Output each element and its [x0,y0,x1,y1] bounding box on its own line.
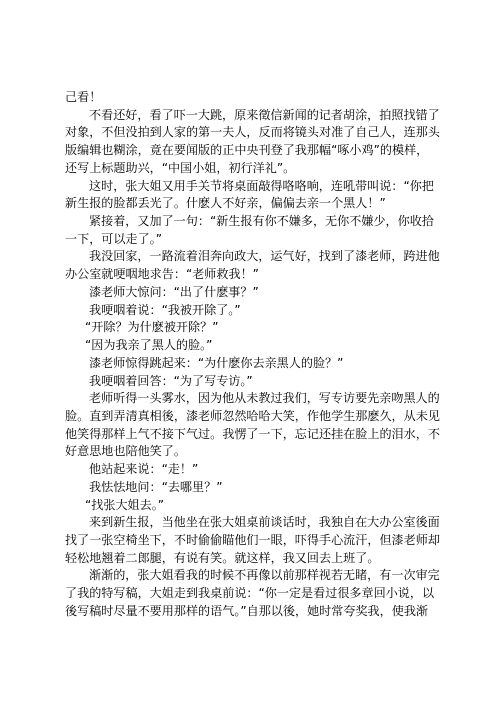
dialogue-quote-line: “开除？为什麽被开除？” [65,319,445,337]
paragraph-start-line: 我没回家，一路流着泪奔向政大，运气好，找到了漆老师，跨进他 [65,248,445,266]
text-line: 找了一张空椅坐下，不时偷偷瞄他们一眼，吓得手心流汗，但漆老师却 [65,532,445,550]
dialogue-line: 漆老师惊得跳起来：“为什麽你去亲黑人的脸？” [65,355,445,373]
text-line: 轻松地翘着二郎腿，有说有笑。就这样，我又回去上班了。 [65,550,445,568]
text-line: 了我的特写稿，大姐走到我桌前说：“你一定是看过很多章回小说，以 [65,585,445,603]
text-line: 版编辑也糊涂，竟在要闻版的正中央刊登了我那幅“啄小鸡”的模样， [65,142,445,160]
paragraph-start-line: 不看还好，看了吓一大跳，原来徵信新闻的记者胡涂，拍照找错了 [65,107,445,125]
dialogue-line: 他站起来说：“走！” [65,461,445,479]
dialogue-line: 我哽咽着回答：“为了写专访。” [65,373,445,391]
text-line: 他笑得那样上气不接下气过。我愣了一下，忘记还挂在脸上的泪水，不 [65,426,445,444]
text-line: 後写稿时尽量不要用那样的语气。”自那以後，她时常夸奖我，使我渐 [65,603,445,621]
text-line: 还写上标题助兴，“中国小姐，初行洋礼”。 [65,160,445,178]
dialogue-quote-line: “找张大姐去。” [65,497,445,515]
dialogue-line: 漆老师大惊问：“出了什麽事？” [65,284,445,302]
paragraph-start-line: 来到新生报，当他坐在张大姐桌前谈话时，我独自在大办公室後面 [65,514,445,532]
text-line: 办公室就哽咽地求告：“老师救我！” [65,266,445,284]
dialogue-quote-line: “因为我亲了黑人的脸。” [65,337,445,355]
dialogue-line: 我怯怯地问：“去哪里？” [65,479,445,497]
text-line: 己看！ [65,89,445,107]
dialogue-line: 我哽咽着说：“我被开除了。” [65,302,445,320]
paragraph-start-line: 老师听得一头雾水，因为他从未教过我们，写专访要先亲吻黑人的 [65,390,445,408]
paragraph-start-line: 这时，张大姐又用手关节将桌面敲得咯咯响，连吼带叫说：“你把 [65,178,445,196]
text-line: 好意思地也陪他笑了。 [65,443,445,461]
document-page: 己看！ 不看还好，看了吓一大跳，原来徵信新闻的记者胡涂，拍照找错了 对象，不但没… [65,89,445,621]
paragraph-start-line: 紧接着，又加了一句：“新生报有你不嫌多，无你不嫌少，你收拾 [65,213,445,231]
text-line: 一下，可以走了。” [65,231,445,249]
text-line: 新生报的脸都丢光了。什麽人不好亲，偏偏去亲一个黑人！” [65,195,445,213]
paragraph-start-line: 渐渐的，张大姐看我的时候不再像以前那样视若无睹，有一次审完 [65,567,445,585]
text-line: 对象，不但没拍到人家的第一夫人，反而将镜头对准了自己人，连那头 [65,124,445,142]
text-line: 脸。直到弄清真相後，漆老师忽然哈哈大笑，作他学生那麽久，从未见 [65,408,445,426]
